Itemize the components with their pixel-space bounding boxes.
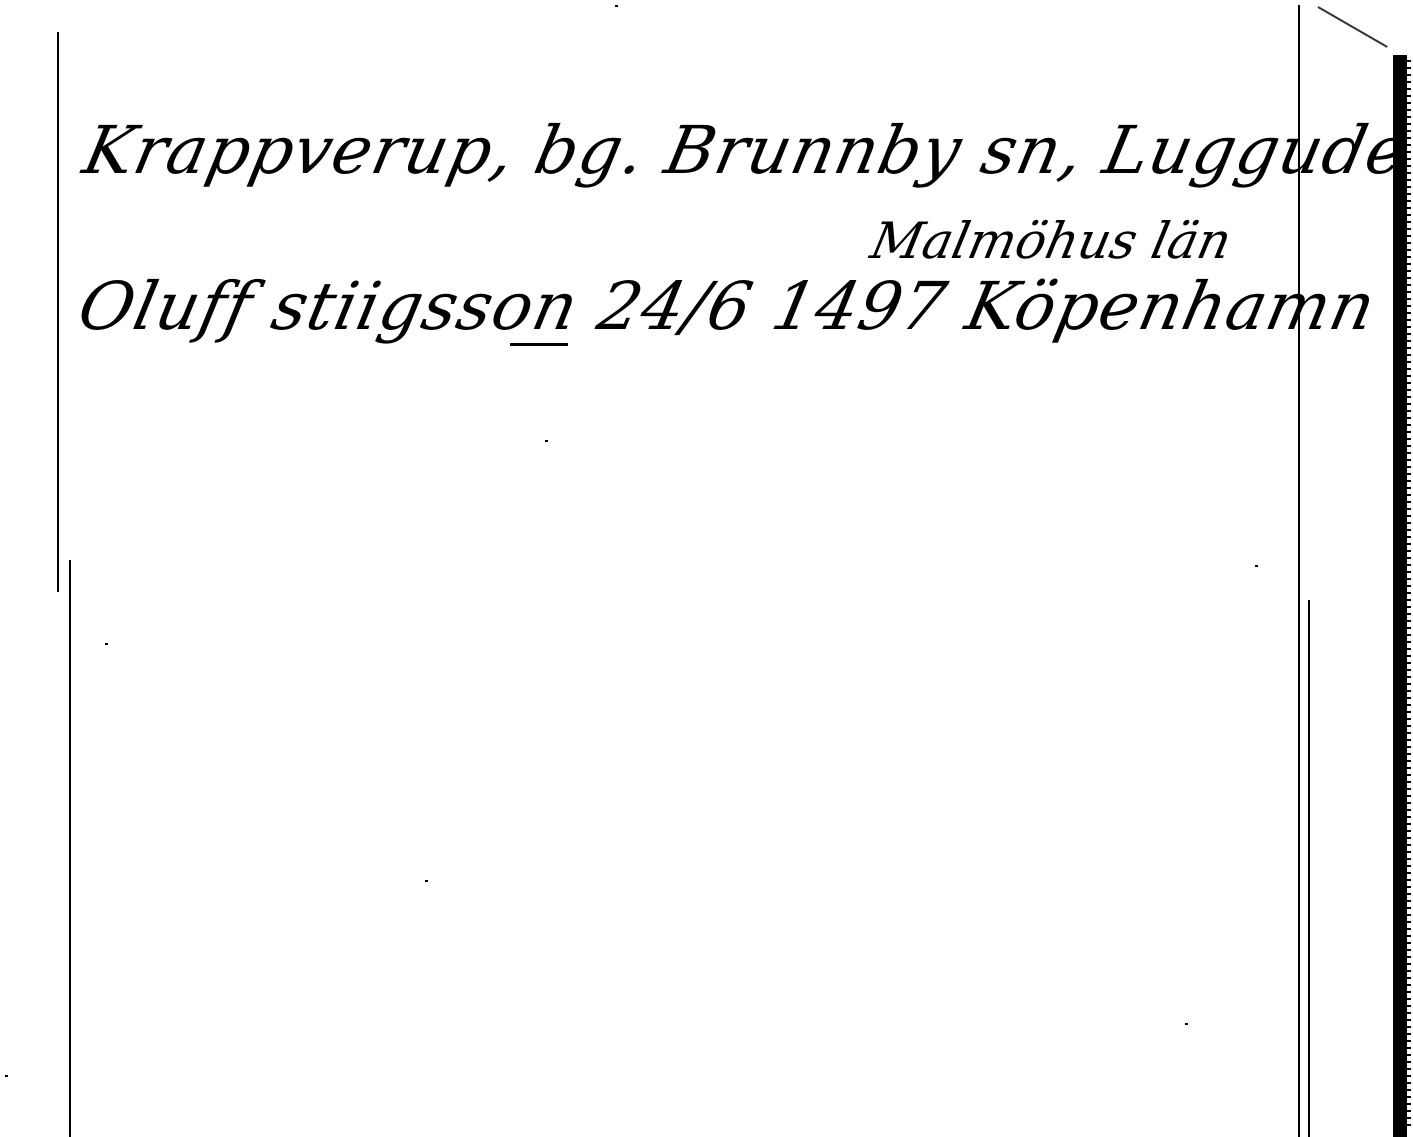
scan-speck bbox=[545, 440, 548, 442]
right-margin-line-lower bbox=[1308, 600, 1310, 1137]
left-margin-line bbox=[57, 32, 59, 592]
index-card: Krappverup, bg. Brunnby sn, Luggude hd R… bbox=[0, 0, 1413, 1137]
scan-speck bbox=[1185, 1023, 1188, 1025]
handwritten-line-place: Krappverup, bg. Brunnby sn, Luggude hd R… bbox=[77, 112, 1413, 189]
scan-speck bbox=[1255, 565, 1258, 567]
scan-speck bbox=[425, 880, 428, 882]
underline-mark bbox=[510, 343, 568, 346]
card-corner-edge bbox=[1318, 6, 1388, 48]
scan-speck bbox=[615, 5, 618, 7]
card-edge-scan-noise bbox=[1407, 60, 1411, 1130]
handwritten-line-county: Malmöhus län bbox=[866, 212, 1237, 270]
scan-speck bbox=[105, 643, 108, 645]
scan-speck bbox=[5, 1075, 8, 1077]
left-margin-line-lower bbox=[69, 560, 71, 1137]
card-edge-shadow bbox=[1393, 55, 1407, 1137]
handwritten-line-name-date: Oluff stiigsson 24/6 1497 Köpenhamn bbox=[72, 268, 1383, 345]
